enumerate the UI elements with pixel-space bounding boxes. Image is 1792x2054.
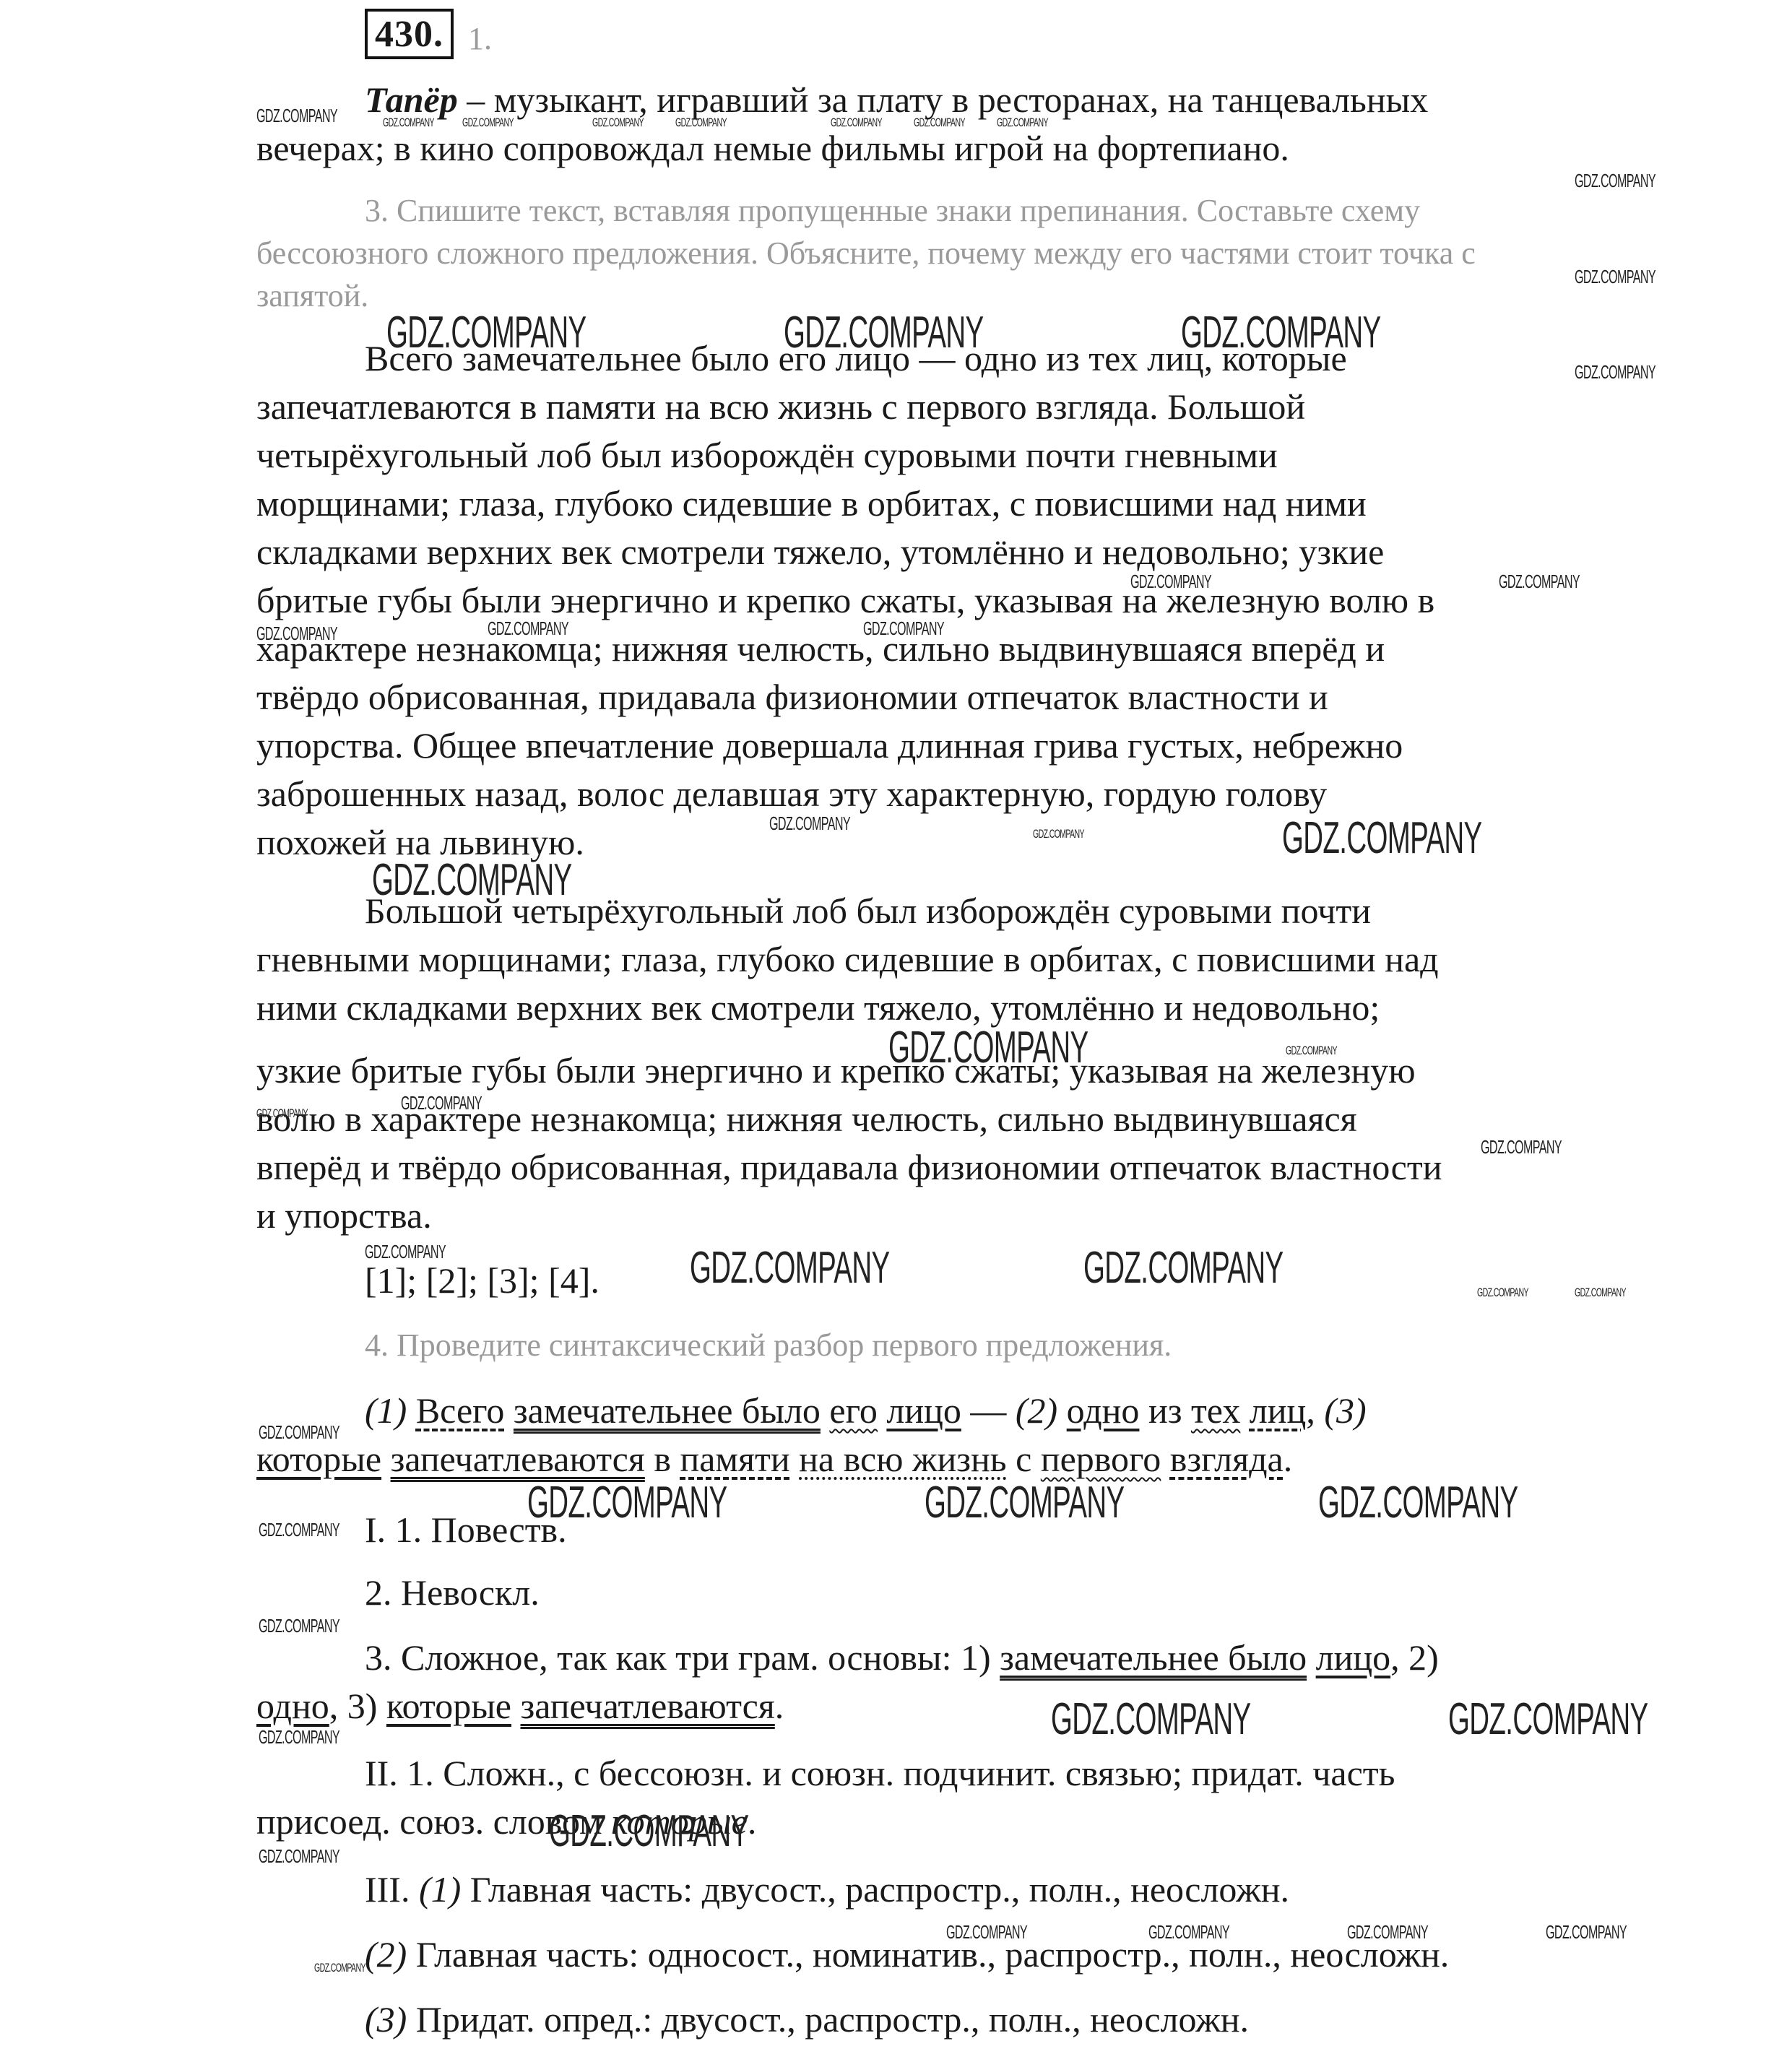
- sentence-text: [381, 1439, 391, 1479]
- sentence-text: (1): [365, 1390, 407, 1431]
- watermark: GDZ.COMPANY: [372, 854, 572, 906]
- sentence-member: Всего: [416, 1390, 505, 1431]
- watermark: GDZ.COMPANY: [1499, 571, 1580, 593]
- watermark: GDZ.COMPANY: [365, 1241, 446, 1263]
- sentence-member: тех: [1191, 1390, 1240, 1431]
- watermark: GDZ.COMPANY: [1481, 1136, 1562, 1158]
- watermark: GDZ.COMPANY: [259, 1845, 339, 1868]
- watermark: GDZ.COMPANY: [1575, 170, 1655, 192]
- watermark: GDZ.COMPANY: [1318, 1477, 1518, 1528]
- part-label: 1.: [468, 19, 492, 59]
- watermark: GDZ.COMPANY: [997, 116, 1048, 130]
- sentence-member: лиц: [1250, 1390, 1306, 1431]
- definition-term: Тапёр: [365, 79, 458, 120]
- sentence-member: памяти: [680, 1439, 789, 1479]
- watermark: GDZ.COMPANY: [769, 812, 850, 835]
- watermark: GDZ.COMPANY: [1575, 266, 1655, 288]
- watermark: GDZ.COMPANY: [1282, 812, 1482, 864]
- watermark: GDZ.COMPANY: [259, 1519, 339, 1541]
- sentence-text: (2): [1016, 1390, 1057, 1431]
- watermark: GDZ.COMPANY: [256, 1106, 308, 1121]
- watermark: GDZ.COMPANY: [256, 105, 337, 127]
- watermark: GDZ.COMPANY: [946, 1921, 1027, 1943]
- analysis-iii-2: (2) Главная часть: односост., номинатив.…: [365, 1930, 1449, 1978]
- watermark: GDZ.COMPANY: [831, 116, 882, 130]
- watermark: GDZ.COMPANY: [1181, 307, 1381, 358]
- analysis-iii-1: III. (1) Главная часть: двусост., распро…: [365, 1865, 1289, 1913]
- analysis-iii-3: (3) Придат. опред.: двусост., распростр.…: [365, 1995, 1249, 2043]
- sentence-member: взгляда: [1170, 1439, 1284, 1479]
- analysis-i-2: 2. Невоскл.: [365, 1569, 540, 1616]
- watermark: GDZ.COMPANY: [256, 623, 337, 645]
- sentence-text: [790, 1439, 800, 1479]
- watermark: GDZ.COMPANY: [690, 1242, 890, 1293]
- sentence-member: лицо: [886, 1390, 961, 1431]
- sentence-member: первого: [1041, 1439, 1161, 1479]
- sentence-text: [1161, 1439, 1170, 1479]
- sentence-member: замечательнее было: [514, 1390, 821, 1431]
- sentence-text: .: [1284, 1439, 1293, 1479]
- sentence-member: которые: [256, 1439, 381, 1479]
- watermark: GDZ.COMPANY: [888, 1022, 1088, 1073]
- watermark: GDZ.COMPANY: [527, 1477, 727, 1528]
- sentence-scheme: [1]; [2]; [3]; [4].: [365, 1257, 600, 1304]
- sentence-text: (3): [1324, 1390, 1366, 1431]
- task3-line-1: 3. Спишите текст, вставляя пропущенные з…: [365, 190, 1420, 232]
- sentence-text: [878, 1390, 887, 1431]
- parsed-sentence-line-2: которые запечатлеваются в памяти на всю …: [256, 1435, 1292, 1483]
- watermark: GDZ.COMPANY: [259, 1615, 339, 1637]
- watermark: GDZ.COMPANY: [1477, 1286, 1528, 1300]
- task3-line-3: запятой.: [256, 275, 368, 317]
- watermark: GDZ.COMPANY: [1083, 1242, 1284, 1293]
- watermark: GDZ.COMPANY: [386, 307, 586, 358]
- sentence-member: одно: [1067, 1390, 1140, 1431]
- sentence-text: из: [1139, 1390, 1191, 1431]
- subject: лицо: [1316, 1637, 1390, 1678]
- sentence-text: в: [645, 1439, 680, 1479]
- analysis-i-3-line-2: одно, 3) которые запечатлеваются.: [256, 1682, 784, 1730]
- watermark: GDZ.COMPANY: [383, 116, 434, 130]
- analysis-ii-line-1: II. 1. Сложн., с бессоюзн. и союзн. подч…: [365, 1749, 1395, 1797]
- watermark: GDZ.COMPANY: [259, 1421, 339, 1444]
- definition-line-1: Тапёр – музыкант, игравший за плату в ре…: [365, 76, 1428, 123]
- exercise-header: 430. 1.: [365, 9, 492, 59]
- exercise-number: 430.: [365, 9, 454, 59]
- sentence-member: запечатлеваются: [391, 1439, 645, 1479]
- sentence-text: [821, 1390, 830, 1431]
- parsed-sentence-line-1: (1) Всего замечательнее было его лицо — …: [365, 1387, 1367, 1434]
- sentence-text: ,: [1306, 1390, 1324, 1431]
- watermark: GDZ.COMPANY: [549, 1806, 749, 1857]
- watermark: GDZ.COMPANY: [1148, 1921, 1229, 1943]
- task4-text: 4. Проведите синтаксический разбор перво…: [365, 1325, 1172, 1366]
- sentence-text: с: [1007, 1439, 1041, 1479]
- watermark: GDZ.COMPANY: [314, 1961, 365, 1975]
- watermark: GDZ.COMPANY: [863, 617, 944, 640]
- watermark: GDZ.COMPANY: [1448, 1694, 1648, 1745]
- watermark: GDZ.COMPANY: [462, 116, 514, 130]
- watermark: GDZ.COMPANY: [675, 116, 727, 130]
- sentence-text: [504, 1390, 514, 1431]
- sentence-text: [407, 1390, 416, 1431]
- task3-line-2: бессоюзного сложного предложения. Объясн…: [256, 233, 1476, 274]
- watermark: GDZ.COMPANY: [1051, 1694, 1251, 1745]
- watermark: GDZ.COMPANY: [914, 116, 965, 130]
- watermark: GDZ.COMPANY: [1575, 361, 1655, 383]
- watermark: GDZ.COMPANY: [1286, 1044, 1337, 1058]
- predicate: замечательнее было: [1000, 1637, 1307, 1678]
- definition-line-2: вечерах; в кино сопровождал немые фильмы…: [256, 124, 1289, 172]
- watermark: GDZ.COMPANY: [925, 1477, 1125, 1528]
- watermark: GDZ.COMPANY: [401, 1092, 482, 1114]
- watermark: GDZ.COMPANY: [592, 116, 644, 130]
- watermark: GDZ.COMPANY: [259, 1726, 339, 1748]
- watermark: GDZ.COMPANY: [1546, 1921, 1627, 1943]
- predicate: запечатлеваются: [521, 1686, 775, 1726]
- watermark: GDZ.COMPANY: [784, 307, 984, 358]
- watermark: GDZ.COMPANY: [1575, 1286, 1626, 1300]
- sentence-member: его: [829, 1390, 877, 1431]
- watermark: GDZ.COMPANY: [488, 617, 568, 640]
- analysis-i-3-line-1: 3. Сложное, так как три грам. основы: 1)…: [365, 1634, 1439, 1681]
- watermark: GDZ.COMPANY: [1033, 827, 1084, 841]
- sentence-text: —: [961, 1390, 1016, 1431]
- watermark: GDZ.COMPANY: [1130, 571, 1211, 593]
- sentence-member: на всю жизнь: [799, 1439, 1006, 1479]
- watermark: GDZ.COMPANY: [1347, 1921, 1428, 1943]
- sentence-text: [1240, 1390, 1250, 1431]
- subject: которые: [386, 1686, 511, 1726]
- subject: одно: [256, 1686, 329, 1726]
- sentence-text: [1057, 1390, 1067, 1431]
